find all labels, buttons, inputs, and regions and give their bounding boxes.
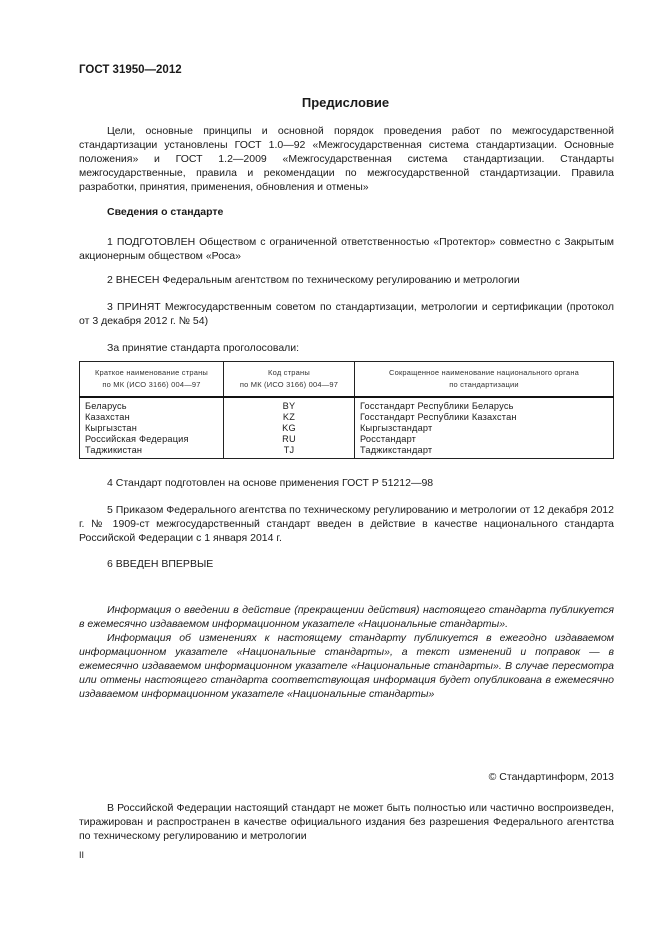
column-header-code: Код страныпо МК (ИСО 3166) 004—97	[224, 362, 355, 398]
notice-text-1: Информация о введении в действие (прекра…	[79, 604, 614, 630]
cell-code: RU	[224, 434, 355, 445]
cell-body: Кыргызстандарт	[355, 423, 614, 434]
cell-body: Госстандарт Республики Беларусь	[355, 397, 614, 412]
notice-text-2: Информация об изменениях к настоящему ст…	[79, 632, 614, 700]
table-row: Беларусь BY Госстандарт Республики Белар…	[80, 397, 614, 412]
item-prepared-text: 1 ПОДГОТОВЛЕН Обществом с ограниченной о…	[79, 236, 614, 262]
voting-table: Краткое наименование страныпо МК (ИСО 31…	[79, 361, 614, 459]
intro-text: Цели, основные принципы и основной поряд…	[79, 125, 614, 193]
voted-label: За принятие стандарта проголосовали:	[79, 341, 614, 355]
cell-country: Кыргызстан	[80, 423, 224, 434]
item-order: 5 Приказом Федерального агентства по тех…	[79, 503, 614, 545]
table-row: Кыргызстан KG Кыргызстандарт	[80, 423, 614, 434]
table-header-row: Краткое наименование страныпо МК (ИСО 31…	[80, 362, 614, 398]
page-number: II	[79, 850, 84, 860]
rights-paragraph: В Российской Федерации настоящий стандар…	[79, 801, 614, 843]
cell-code: KG	[224, 423, 355, 434]
cell-country: Таджикистан	[80, 445, 224, 459]
item-order-text: 5 Приказом Федерального агентства по тех…	[79, 504, 614, 544]
column-header-country: Краткое наименование страныпо МК (ИСО 31…	[80, 362, 224, 398]
table-row: Казахстан KZ Госстандарт Республики Каза…	[80, 412, 614, 423]
item-basis-text: 4 Стандарт подготовлен на основе примене…	[107, 477, 433, 489]
section-heading: Сведения о стандарте	[107, 206, 223, 218]
intro-paragraph: Цели, основные принципы и основной поряд…	[79, 124, 614, 194]
page-title: Предисловие	[0, 95, 661, 110]
cell-body: Госстандарт Республики Казахстан	[355, 412, 614, 423]
item-adopted: 3 ПРИНЯТ Межгосударственным советом по с…	[79, 300, 614, 328]
column-header-body: Сокращенное наименование национального о…	[355, 362, 614, 398]
item-adopted-text: 3 ПРИНЯТ Межгосударственным советом по с…	[79, 301, 614, 327]
copyright: © Стандартинформ, 2013	[489, 771, 614, 783]
cell-country: Беларусь	[80, 397, 224, 412]
cell-country: Казахстан	[80, 412, 224, 423]
table-row: Российская Федерация RU Росстандарт	[80, 434, 614, 445]
document-code: ГОСТ 31950—2012	[79, 64, 182, 76]
rights-text: В Российской Федерации настоящий стандар…	[79, 802, 614, 842]
cell-country: Российская Федерация	[80, 434, 224, 445]
notice-paragraph-2: Информация об изменениях к настоящему ст…	[79, 631, 614, 701]
cell-body: Росстандарт	[355, 434, 614, 445]
cell-code: KZ	[224, 412, 355, 423]
item-first-introduced-text: 6 ВВЕДЕН ВПЕРВЫЕ	[107, 558, 213, 570]
voted-label-text: За принятие стандарта проголосовали:	[107, 342, 299, 354]
item-introduced: 2 ВНЕСЕН Федеральным агентством по техни…	[79, 273, 614, 287]
item-basis: 4 Стандарт подготовлен на основе примене…	[79, 476, 614, 490]
cell-code: TJ	[224, 445, 355, 459]
notice-paragraph-1: Информация о введении в действие (прекра…	[79, 603, 614, 631]
item-first-introduced: 6 ВВЕДЕН ВПЕРВЫЕ	[79, 557, 614, 571]
cell-body: Таджикстандарт	[355, 445, 614, 459]
cell-code: BY	[224, 397, 355, 412]
table-row: Таджикистан TJ Таджикстандарт	[80, 445, 614, 459]
item-prepared: 1 ПОДГОТОВЛЕН Обществом с ограниченной о…	[79, 235, 614, 263]
item-introduced-text: 2 ВНЕСЕН Федеральным агентством по техни…	[107, 274, 520, 286]
